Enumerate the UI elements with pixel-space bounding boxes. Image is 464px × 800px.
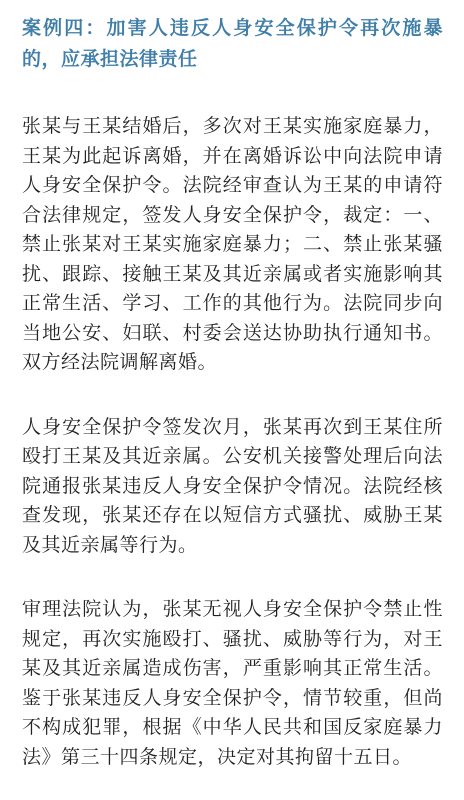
article-paragraph-2: 人身安全保护令签发次月，张某再次到王某住所殴打王某及其近亲属。公安机关接警处理后…: [22, 413, 443, 561]
article-title: 案例四：加害人违反人身安全保护令再次施暴的，应承担法律责任: [22, 13, 443, 75]
article-page: 案例四：加害人违反人身安全保护令再次施暴的，应承担法律责任 张某与王某结婚后，多…: [0, 0, 464, 800]
article-paragraph-3: 审理法院认为，张某无视人身安全保护令禁止性规定，再次实施殴打、骚扰、威胁等行为，…: [22, 595, 443, 772]
article-paragraph-1: 张某与王某结婚后，多次对王某实施家庭暴力，王某为此起诉离婚，并在离婚诉讼中向法院…: [22, 112, 443, 378]
